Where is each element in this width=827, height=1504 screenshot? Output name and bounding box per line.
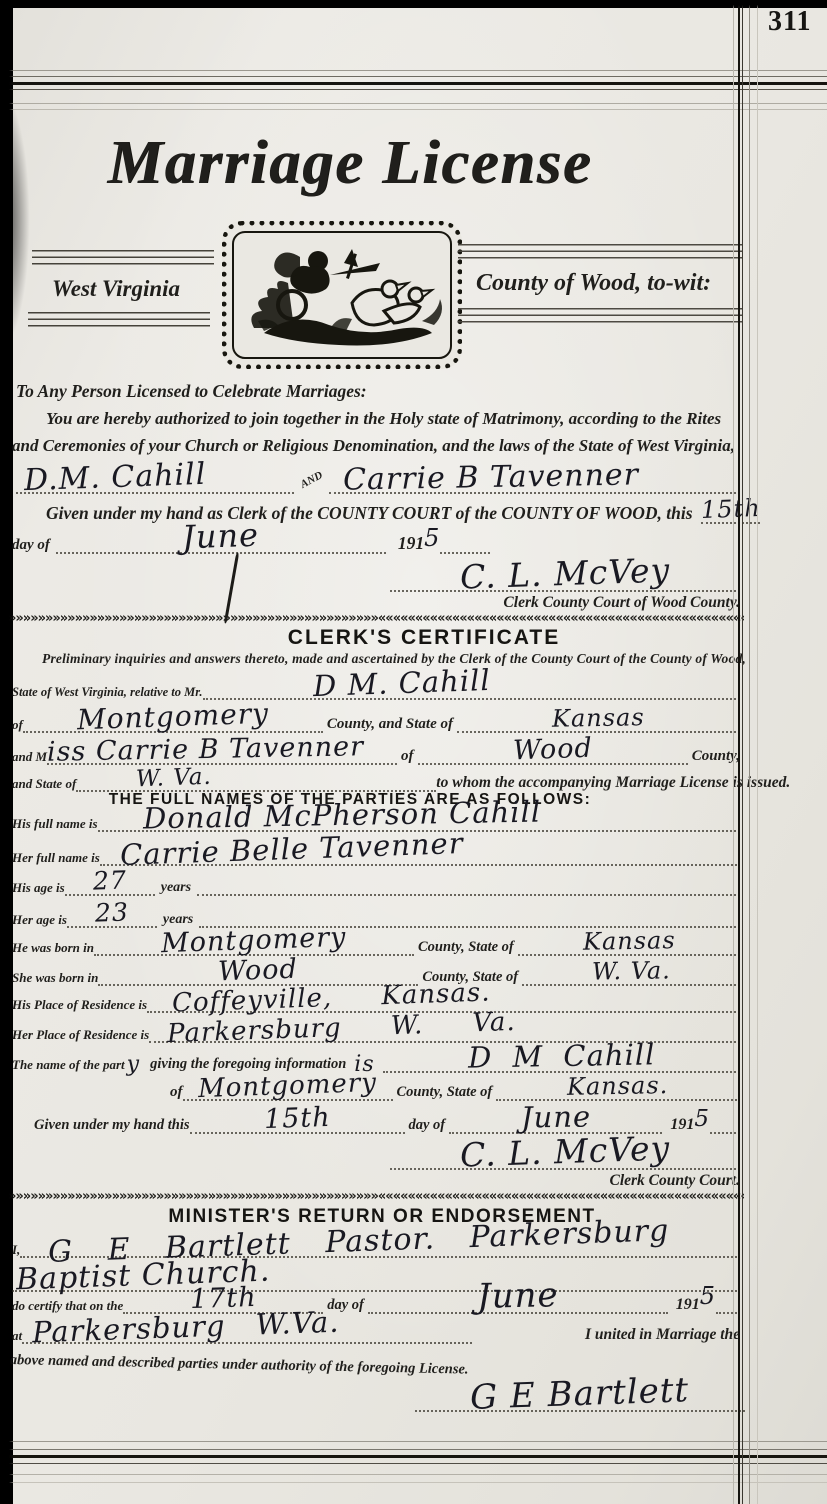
- vertical-rule-faint-left: [733, 0, 734, 1504]
- clerk-title: Clerk County Court of Wood County.: [380, 594, 740, 612]
- and-state-of-label: and State of: [12, 776, 76, 792]
- of-label-3: of: [170, 1084, 183, 1101]
- and-conjunction: AND: [298, 469, 324, 491]
- mr-name-handwriting: D M. Cahill: [312, 663, 491, 703]
- bride-state-row: and State of W. Va. to whom the accompan…: [12, 765, 740, 792]
- bottom-rule-faint-1: [0, 1441, 827, 1442]
- vertical-rule-faint-right-2: [757, 0, 758, 1504]
- of-label-2: of: [401, 748, 414, 765]
- vertical-rule-secondary: [742, 0, 743, 1504]
- right-rule-group-lower: [458, 308, 742, 324]
- bride-state-handwriting: W. Va.: [136, 764, 213, 793]
- bride-fullname-handwriting: iss Carrie B Tavenner: [47, 731, 365, 768]
- relative-label: State of West Virginia, relative to Mr.: [12, 685, 203, 700]
- top-rule-faint-1: [0, 103, 827, 104]
- his-full-name-row: His full name is Donald McPherson Cahill: [12, 798, 740, 832]
- groom-county-row: of Montgomery County, and State of Kansa…: [12, 700, 740, 733]
- informant-state-handwriting: Kansas.: [567, 1071, 669, 1101]
- license-month-handwriting: June: [182, 516, 260, 557]
- ornament-frame: [222, 221, 462, 369]
- bottom-rule-faint-3: [0, 1482, 827, 1483]
- he-born-row: He was born in Montgomery County, State …: [12, 924, 740, 956]
- of-label: of: [12, 717, 23, 733]
- cert-day-handwriting: 15th: [263, 1102, 331, 1135]
- bottom-rule-thin-2: [0, 1463, 827, 1464]
- bride-row: and M iss Carrie B Tavenner of Wood Coun…: [12, 733, 740, 765]
- state-label: West Virginia: [52, 276, 180, 302]
- county-and-state-label: County, and State of: [327, 716, 453, 733]
- her-full-name-label: Her full name is: [12, 850, 100, 866]
- cherub-doves-ornament: [232, 231, 452, 359]
- party-y-handwriting: y: [127, 1052, 140, 1077]
- scanned-marriage-license-page: 311 Marriage License: [0, 0, 827, 1504]
- minister-name-row: I, G E Bartlett Pastor. Parkersburg: [12, 1222, 740, 1258]
- relative-to-row: State of West Virginia, relative to Mr. …: [12, 668, 740, 700]
- right-rule-group-upper: [458, 244, 742, 260]
- top-rule-thick: [0, 82, 827, 85]
- and-m-label: and M: [12, 749, 47, 765]
- cert-clerk-signature-row: C. L. McVey: [390, 1126, 740, 1170]
- party-label: The name of the part: [12, 1057, 125, 1073]
- minister-signature-handwriting: G E Bartlett: [470, 1370, 690, 1418]
- informant-county-row: of Montgomery County, State of Kansas.: [170, 1070, 740, 1101]
- minister-signature-row: G E Bartlett: [415, 1366, 745, 1412]
- vertical-rule-main: [738, 0, 740, 1504]
- his-age-handwriting: 27: [92, 865, 127, 895]
- salutation: To Any Person Licensed to Celebrate Marr…: [16, 381, 367, 402]
- clerks-certificate-heading: CLERK'S CERTIFICATE: [62, 626, 786, 650]
- marriage-place-row: at Parkersburg W.Va. I united in Marriag…: [12, 1308, 740, 1344]
- vertical-rule-faint-right-1: [749, 0, 750, 1504]
- groom-county-handwriting: Montgomery: [76, 697, 269, 737]
- top-rule-thin-3: [0, 89, 827, 90]
- at-label: at: [12, 1328, 22, 1344]
- day-of-label: day of: [12, 537, 50, 554]
- license-day-handwriting: 15th: [700, 494, 761, 524]
- ornamental-divider-bottom: »»»»»»»»»»»»»»»»»»»»»»»»»»»»»»»»»»»»»»»»…: [8, 1190, 744, 1206]
- clerk-signature-handwriting: C. L. McVey: [459, 550, 670, 596]
- certificate-intro: Preliminary inquiries and answers theret…: [42, 651, 746, 667]
- minister-year-digit-handwriting: 5: [700, 1282, 716, 1310]
- cert-clerk-title: Clerk County Court.: [420, 1172, 740, 1190]
- bottom-rule-thick: [0, 1455, 827, 1458]
- top-rule-faint-2: [0, 109, 827, 110]
- left-rule-group-upper: [32, 250, 214, 266]
- his-residence-label: His Place of Residence is: [12, 997, 147, 1013]
- county-state-of-label-3: County, State of: [397, 1084, 493, 1101]
- years-label-1: years: [161, 880, 191, 896]
- his-residence-row: His Place of Residence is Coffeyville, K…: [12, 982, 740, 1013]
- parties-row: D.M. Cahill AND Carrie B Tavenner: [16, 450, 740, 494]
- his-age-row: His age is 27 years: [12, 866, 740, 896]
- document-title: Marriage License: [60, 128, 640, 199]
- groom-state-handwriting: Kansas: [552, 703, 645, 733]
- her-full-name-row: Her full name is Carrie Belle Tavenner: [12, 832, 740, 866]
- he-born-state-handwriting: Kansas: [582, 926, 675, 956]
- marriage-place-handwriting: Parkersburg W.Va.: [32, 1305, 340, 1350]
- clerk-signature-row: C. L. McVey: [390, 548, 740, 592]
- his-age-label: His age is: [12, 880, 65, 896]
- bride-county-handwriting: Wood: [512, 733, 593, 767]
- left-rule-group-lower: [28, 312, 210, 328]
- top-rule-thin-1: [0, 70, 827, 71]
- bottom-rule-faint-2: [0, 1474, 827, 1475]
- cert-given-label: Given under my hand this: [34, 1117, 190, 1134]
- united-label: I united in Marriage the: [585, 1326, 740, 1344]
- cert-clerk-signature-handwriting: C. L. McVey: [459, 1128, 670, 1174]
- scan-edge-top: [0, 0, 827, 8]
- his-full-name-label: His full name is: [12, 816, 98, 832]
- top-rule-thin-2: [0, 76, 827, 77]
- county-towit-label: County of Wood, to-wit:: [476, 270, 711, 297]
- authorization-line-1: You are hereby authorized to join togeth…: [46, 409, 721, 429]
- scan-corner-shadow: [0, 90, 30, 350]
- informant-county-handwriting: Montgomery: [198, 1068, 378, 1104]
- page-number: 311: [768, 6, 811, 38]
- bottom-rule-thin-1: [0, 1449, 827, 1450]
